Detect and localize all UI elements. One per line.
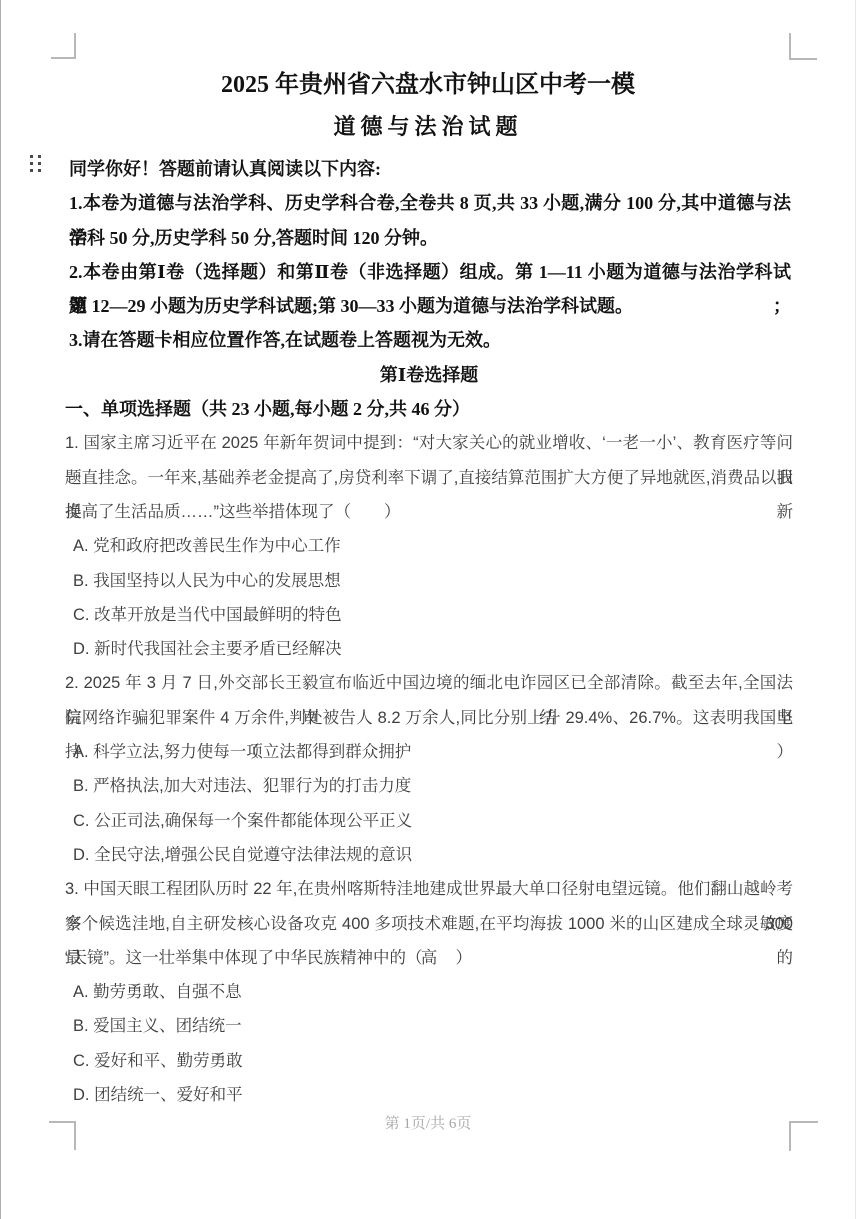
section-heading: 一、单项选择题（共 23 小题,每小题 2 分,共 46 分）	[1, 392, 856, 426]
question-1-option-b: B. 我国坚持以人民为中心的发展思想	[1, 564, 856, 598]
question-2-stem-line: 2. 2025 年 3 月 7 日,外交部长王毅宣布临近中国边境的缅北电诈园区已…	[1, 666, 856, 700]
question-3-option-d: D. 团结统一、爱好和平	[1, 1078, 856, 1112]
question-2-option-b: B. 严格执法,加大对违法、犯罪行为的打击力度	[1, 769, 856, 803]
question-3-option-a: A. 勤劳勇敢、自强不息	[1, 975, 856, 1009]
document-header: 2025 年贵州省六盘水市钟山区中考一模 道德与法治试题	[1, 70, 855, 141]
crop-mark-top-right-icon	[789, 33, 817, 60]
notice-item2-line1: 2.本卷由第Ⅰ卷（选择题）和第Ⅱ卷（非选择题）组成。第 1—11 小题为道德与法…	[1, 255, 856, 289]
question-3-option-c: C. 爱好和平、勤劳勇敢	[1, 1044, 856, 1078]
question-2-stem-line: 信网络诈骗犯罪案件 4 万余件,判处被告人 8.2 万余人,同比分别上升 29.…	[1, 701, 856, 735]
notice-item3: 3.请在答题卡相应位置作答,在试题卷上答题视为无效。	[1, 323, 856, 357]
exam-title: 2025 年贵州省六盘水市钟山区中考一模	[1, 70, 855, 100]
exam-subtitle: 道德与法治试题	[1, 113, 855, 141]
question-1-option-a: A. 党和政府把改善民生作为中心工作	[1, 529, 856, 563]
question-1-stem-line: 一直挂念。一年来,基础养老金提高了,房贷利率下调了,直接结算范围扩大方便了异地就…	[1, 461, 856, 495]
notice-item1-line1: 1.本卷为道德与法治学科、历史学科合卷,全卷共 8 页,共 33 小题,满分 1…	[1, 186, 856, 220]
question-2-option-d: D. 全民守法,增强公民自觉遵守法律法规的意识	[1, 838, 856, 872]
question-1-option-d: D. 新时代我国社会主要矛盾已经解决	[1, 632, 856, 666]
page-footer: 第 1页/共 6页	[1, 1112, 855, 1133]
question-2-option-c: C. 公正司法,确保每一个案件都能体现公平正义	[1, 804, 856, 838]
part-title: 第Ⅰ卷选择题	[1, 358, 856, 392]
notice-item1-line2: 学科 50 分,历史学科 50 分,答题时间 120 分钟。	[1, 221, 856, 255]
crop-mark-top-left-icon	[51, 33, 76, 59]
notice-intro: 同学你好！答题前请认真阅读以下内容:	[1, 152, 856, 186]
document-body: 同学你好！答题前请认真阅读以下内容: 1.本卷为道德与法治学科、历史学科合卷,全…	[1, 152, 856, 1112]
question-3-option-b: B. 爱国主义、团结统一	[1, 1009, 856, 1043]
question-1-option-c: C. 改革开放是当代中国最鲜明的特色	[1, 598, 856, 632]
question-3-stem-line: 3. 中国天眼工程团队历时 22 年,在贵州喀斯特洼地建成世界最大单口径射电望远…	[1, 872, 856, 906]
question-3-stem-line: 多个候选洼地,自主研发核心设备攻克 400 多项技术难题,在平均海拔 1000 …	[1, 907, 856, 941]
exam-document-page: 2025 年贵州省六盘水市钟山区中考一模 道德与法治试题 同学你好！答题前请认真…	[0, 0, 856, 1219]
question-1-stem-line: 1. 国家主席习近平在 2025 年新年贺词中提到：“对大家关心的就业增收、‘一…	[1, 426, 856, 460]
